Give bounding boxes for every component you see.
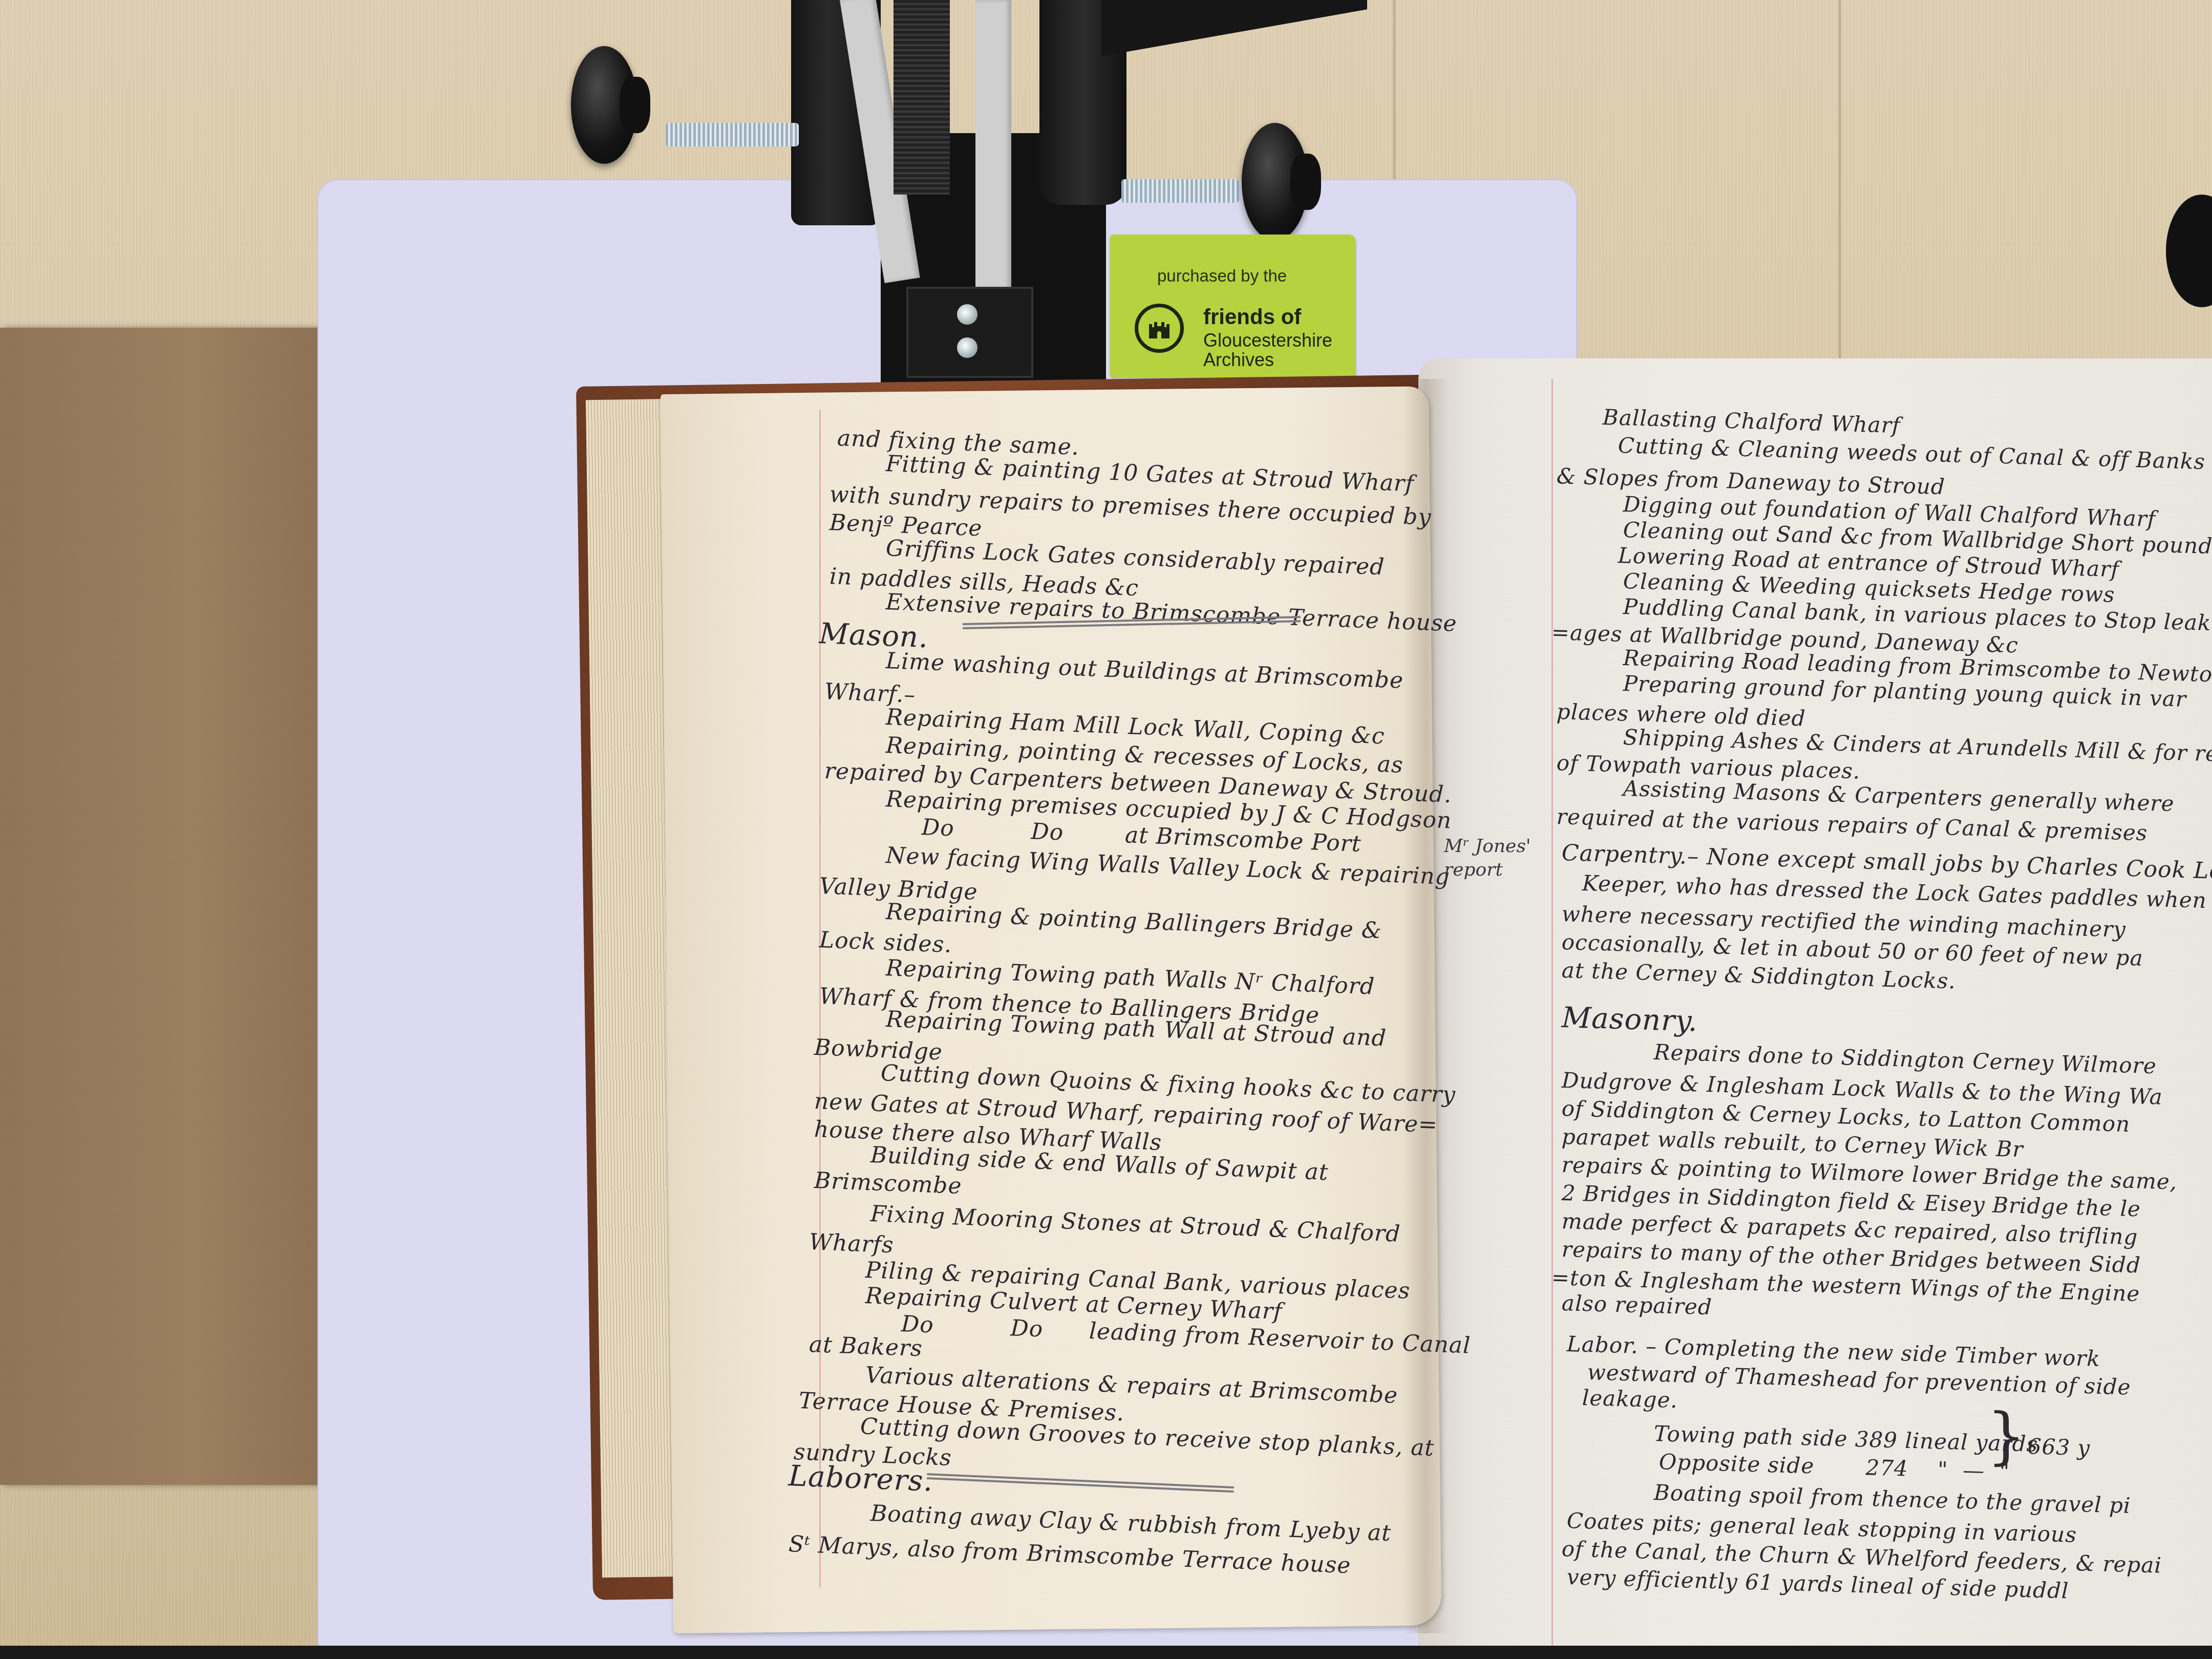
ledger-line: at Bakers: [809, 1331, 923, 1362]
label-organisation: Gloucestershire Archives: [1203, 331, 1332, 370]
knob-right-icon[interactable]: [1242, 123, 1308, 241]
knob-left-icon[interactable]: [571, 46, 637, 164]
sponsor-label: purchased by the friends of Gloucestersh…: [1110, 235, 1356, 378]
label-purchased-by: purchased by the: [1157, 266, 1287, 286]
yardage-total: 663 y: [2027, 1434, 2091, 1460]
right-page-margin-rule: [1551, 379, 1553, 1649]
label-org-line2: Archives: [1203, 350, 1332, 370]
margin-note-line: Mʳ Jones': [1444, 835, 1531, 858]
cradle-rail-right: [975, 0, 1011, 307]
ledger-line: Wharf.–: [824, 678, 916, 708]
cradle-rack: [894, 0, 950, 195]
margin-note-line: report: [1444, 858, 1531, 882]
threaded-rod-left: [666, 123, 799, 146]
mount-plate: [906, 287, 1033, 378]
margin-note: Mʳ Jones' report: [1444, 835, 1531, 882]
ledger-line: also repaired: [1561, 1290, 1712, 1320]
castle-seal-icon: [1135, 304, 1184, 353]
threaded-rod-right: [1121, 179, 1239, 203]
label-org-line1: Gloucestershire: [1203, 331, 1332, 350]
section-heading-laborers: Laborers.: [788, 1459, 934, 1498]
ledger-line: Lock sides.: [819, 927, 952, 958]
ledger-line: Wharfs: [809, 1229, 895, 1258]
bolt-icon: [957, 337, 977, 358]
ledger-line: leakage.: [1582, 1385, 1678, 1413]
label-friends-of: friends of: [1203, 306, 1301, 328]
bottom-edge: [0, 1646, 2212, 1659]
bolt-icon: [957, 304, 977, 325]
brace-icon: }: [1987, 1406, 2026, 1467]
desk-seam: [1838, 0, 1841, 389]
section-heading-masonry: Masonry.: [1561, 1001, 1698, 1038]
ledger-line: Bowbridge: [814, 1034, 943, 1066]
archive-box: [0, 328, 353, 1485]
